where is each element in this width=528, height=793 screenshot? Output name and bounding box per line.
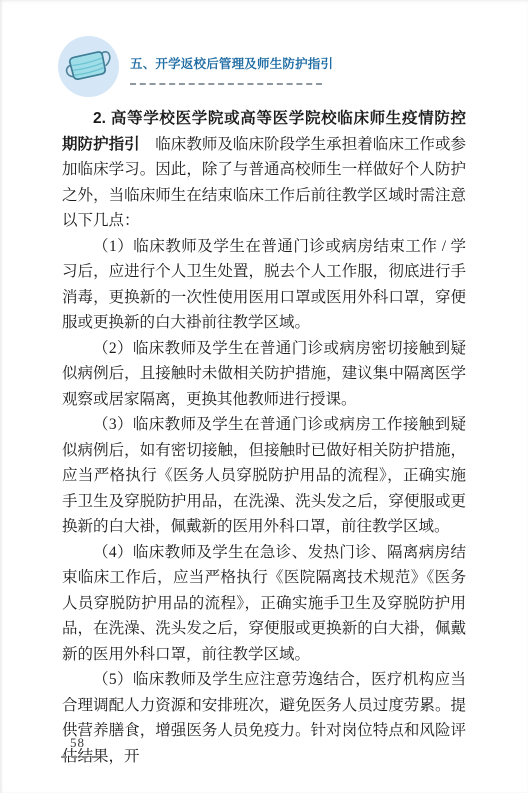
paragraph: 2. 高等学校医学院或高等医学院校临床师生疫情防控期防护指引 临床教师及临床阶段… [62, 106, 466, 234]
book-page: 五、开学返校后管理及师生防护指引 2. 高等学校医学院或高等医学院校临床师生疫情… [0, 0, 528, 793]
paragraph-text: （2）临床教师及学生在普通门诊或病房密切接触到疑似病例后，且接触时未做相关防护措… [62, 340, 466, 408]
paragraph: （3）临床教师及学生在普通门诊或病房工作接触到疑似病例后，如有密切接触，但接触时… [62, 412, 466, 540]
paragraph: （5）临床教师及学生应注意劳逸结合，医疗机构应当合理调配人力资源和安排班次，避免… [62, 667, 466, 769]
paragraph-text: （4）临床教师及学生在急诊、发热门诊、隔离病房结束临床工作后，应当严格执行《医院… [62, 544, 466, 663]
chapter-title: 五、开学返校后管理及师生防护指引 [130, 54, 360, 72]
paragraph-text: （3）临床教师及学生在普通门诊或病房工作接触到疑似病例后，如有密切接触，但接触时… [62, 416, 466, 535]
paragraph: （4）临床教师及学生在急诊、发热门诊、隔离病房结束临床工作后，应当严格执行《医院… [62, 540, 466, 668]
paragraph-text: （5）临床教师及学生应注意劳逸结合，医疗机构应当合理调配人力资源和安排班次，避免… [62, 671, 466, 765]
paragraph: （2）临床教师及学生在普通门诊或病房密切接触到疑似病例后，且接触时未做相关防护措… [62, 336, 466, 413]
body-text: 2. 高等学校医学院或高等医学院校临床师生疫情防控期防护指引 临床教师及临床阶段… [62, 106, 466, 769]
paragraph-text: （1）临床教师及学生在普通门诊或病房结束工作 / 学习后，应进行个人卫生处置，脱… [62, 238, 466, 332]
face-mask-icon [57, 35, 120, 98]
page-number-dashed-rule [61, 756, 98, 758]
page-number: 58 [70, 735, 85, 751]
paragraph: （1）临床教师及学生在普通门诊或病房结束工作 / 学习后，应进行个人卫生处置，脱… [62, 234, 466, 336]
chapter-title-dashed-rule [130, 83, 322, 85]
